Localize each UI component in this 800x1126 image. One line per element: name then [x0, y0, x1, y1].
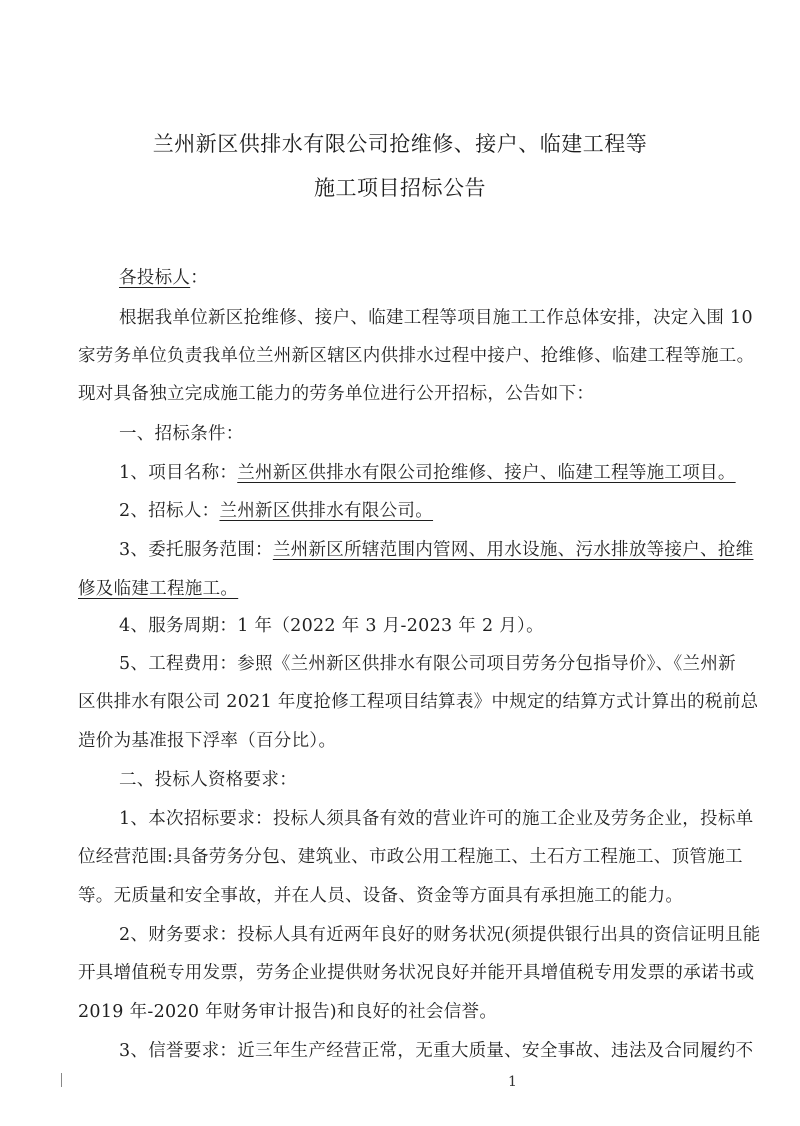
section2-heading: 二、投标人资格要求：: [119, 766, 297, 791]
item2-label: 2、招标人：: [119, 501, 219, 521]
item3-value-line1: 兰州新区所辖范围内管网、用水设施、污水排放等接户、抢维: [273, 540, 754, 560]
salutation: 各投标人：: [119, 264, 208, 289]
document-title-line2: 施工项目招标公告: [0, 172, 800, 202]
section1-item5-line1: 5、工程费用：参照《兰州新区供排水有限公司项目劳务分包指导价》、《兰州新: [119, 650, 736, 675]
section2-item1-line2: 位经营范围:具备劳务分包、建筑业、市政公用工程施工、土石方工程施工、顶管施工: [78, 843, 743, 868]
item1-value: 兰州新区供排水有限公司抢维修、接户、临建工程等施工项目。: [237, 463, 735, 483]
section1-item2: 2、招标人：兰州新区供排水有限公司。: [119, 497, 433, 522]
section1-heading: 一、招标条件：: [119, 420, 244, 445]
item3-label: 3、委托服务范围：: [119, 540, 273, 560]
section2-item2-line3: 2019 年-2020 年财务审计报告)和良好的社会信誉。: [78, 998, 497, 1023]
item2-value: 兰州新区供排水有限公司。: [219, 501, 433, 521]
item1-label: 1、项目名称：: [119, 463, 237, 483]
scan-margin-mark: [61, 1073, 62, 1087]
intro-line-3: 现对具备独立完成施工能力的劳务单位进行公开招标，公告如下：: [78, 380, 594, 405]
section2-item2-line1: 2、财务要求：投标人具有近两年良好的财务状况(须提供银行出具的资信证明且能: [119, 921, 761, 946]
document-title-line1: 兰州新区供排水有限公司抢维修、接户、临建工程等: [0, 128, 800, 158]
intro-line-1: 根据我单位新区抢维修、接户、临建工程等项目施工工作总体安排，决定入围 10: [119, 304, 753, 329]
section1-item5-line3: 造价为基准报下浮率（百分比）。: [78, 727, 336, 752]
section1-item3-line1: 3、委托服务范围：兰州新区所辖范围内管网、用水设施、污水排放等接户、抢维: [119, 536, 753, 561]
salutation-text: 各投标人: [119, 268, 190, 288]
page-number: 1: [508, 1074, 517, 1090]
intro-line-2: 家劳务单位负责我单位兰州新区辖区内供排水过程中接户、抢维修、临建工程等施工。: [78, 342, 754, 367]
section1-item1: 1、项目名称：兰州新区供排水有限公司抢维修、接户、临建工程等施工项目。: [119, 459, 736, 484]
section1-item4: 4、服务周期：1 年（2022 年 3 月-2023 年 2 月）。: [119, 612, 544, 637]
section1-item3-line2: 修及临建工程施工。: [78, 575, 238, 600]
salutation-colon: ：: [190, 268, 208, 288]
section2-item1-line1: 1、本次招标要求：投标人须具备有效的营业许可的施工企业及劳务企业，投标单: [119, 805, 753, 830]
section2-item1-line3: 等。无质量和安全事故，并在人员、设备、资金等方面具有承担施工的能力。: [78, 882, 683, 907]
section2-item2-line2: 开具增值税专用发票，劳务企业提供财务状况良好并能开具增值税专用发票的承诺书或: [78, 959, 754, 984]
item3-value-line2: 修及临建工程施工。: [78, 579, 238, 599]
section1-item5-line2: 区供排水有限公司 2021 年度抢修工程项目结算表》中规定的结算方式计算出的税前…: [78, 688, 758, 713]
section2-item3-line1: 3、信誉要求：近三年生产经营正常，无重大质量、安全事故、违法及合同履约不: [119, 1037, 753, 1062]
